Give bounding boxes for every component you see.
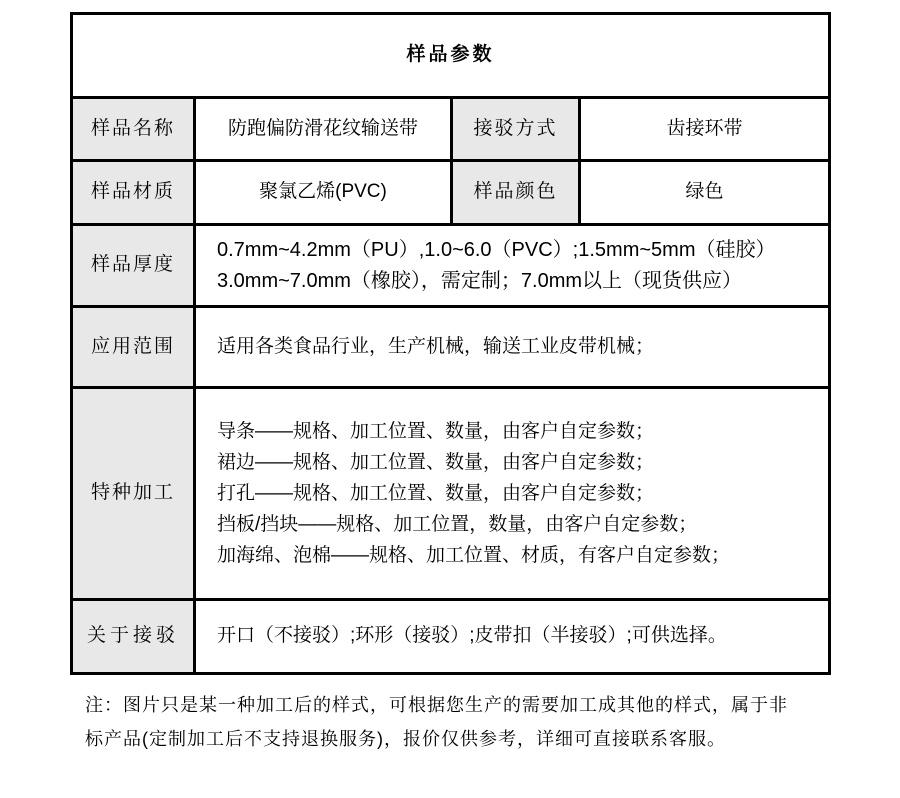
product-spec-page: 样品参数 样品名称 防跑偏防滑花纹输送带 接驳方式 齿接环带 样品材质 聚氯乙烯… <box>0 0 900 798</box>
table-row: 样品厚度 0.7mm~4.2mm（PU）,1.0~6.0（PVC）;1.5mm~… <box>72 225 830 307</box>
special-processing-label: 特种加工 <box>72 388 195 600</box>
sample-material-label: 样品材质 <box>72 161 195 225</box>
table-title: 样品参数 <box>72 14 830 98</box>
application-scope-value: 适用各类食品行业，生产机械，输送工业皮带机械； <box>195 307 830 388</box>
sample-parameters-table: 样品参数 样品名称 防跑偏防滑花纹输送带 接驳方式 齿接环带 样品材质 聚氯乙烯… <box>70 12 831 675</box>
application-scope-label: 应用范围 <box>72 307 195 388</box>
table-row: 应用范围 适用各类食品行业，生产机械，输送工业皮带机械； <box>72 307 830 388</box>
sample-name-value: 防跑偏防滑花纹输送带 <box>195 98 452 161</box>
special-processing-value: 导条——规格、加工位置、数量，由客户自定参数； 裙边——规格、加工位置、数量，由… <box>195 388 830 600</box>
footnote: 注：图片只是某一种加工后的样式，可根据您生产的需要加工成其他的样式，属于非 标产… <box>85 688 825 756</box>
sample-material-value: 聚氯乙烯(PVC) <box>195 161 452 225</box>
table-row: 特种加工 导条——规格、加工位置、数量，由客户自定参数； 裙边——规格、加工位置… <box>72 388 830 600</box>
table-row: 样品材质 聚氯乙烯(PVC) 样品颜色 绿色 <box>72 161 830 225</box>
table-header-row: 样品参数 <box>72 14 830 98</box>
sample-color-value: 绿色 <box>580 161 830 225</box>
table-row: 关于接驳 开口（不接驳）;环形（接驳）;皮带扣（半接驳）;可供选择。 <box>72 600 830 674</box>
sample-thickness-value: 0.7mm~4.2mm（PU）,1.0~6.0（PVC）;1.5mm~5mm（硅… <box>195 225 830 307</box>
sample-name-label: 样品名称 <box>72 98 195 161</box>
sample-thickness-label: 样品厚度 <box>72 225 195 307</box>
about-joint-label: 关于接驳 <box>72 600 195 674</box>
table-row: 样品名称 防跑偏防滑花纹输送带 接驳方式 齿接环带 <box>72 98 830 161</box>
sample-color-label: 样品颜色 <box>452 161 580 225</box>
about-joint-value: 开口（不接驳）;环形（接驳）;皮带扣（半接驳）;可供选择。 <box>195 600 830 674</box>
joint-method-value: 齿接环带 <box>580 98 830 161</box>
joint-method-label: 接驳方式 <box>452 98 580 161</box>
